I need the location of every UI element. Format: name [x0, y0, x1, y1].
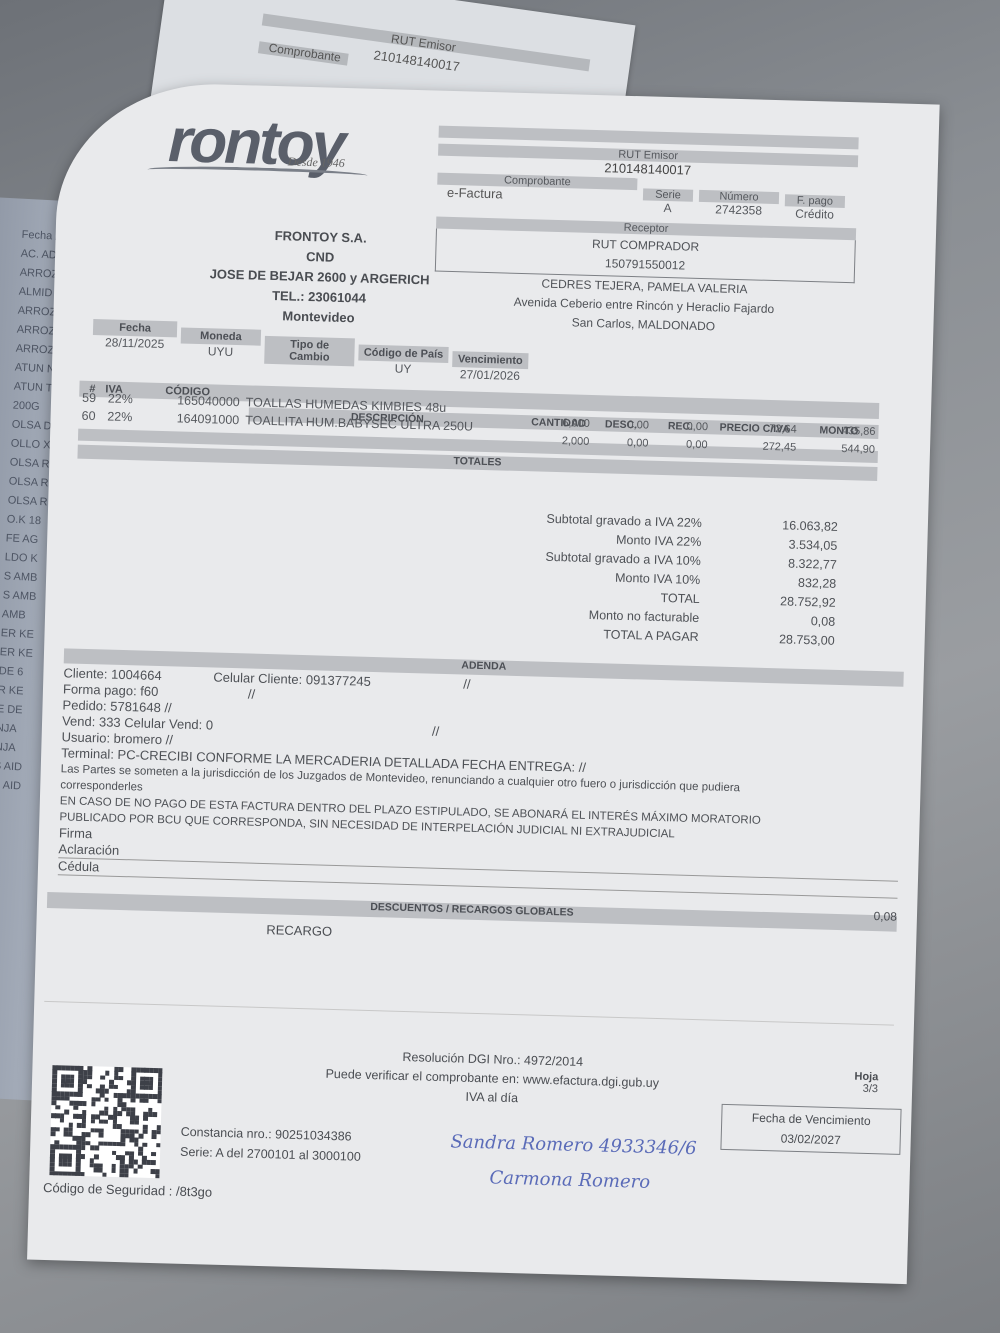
cell-iva: 22% [104, 409, 154, 424]
cell-desc: 0,00 [593, 418, 652, 432]
globales-title: DESCUENTOS / RECARGOS GLOBALES [47, 892, 897, 932]
handwritten-name: Carmona Romero [489, 1167, 650, 1192]
fpago-value: Crédito [784, 206, 844, 222]
serie-value: A [642, 200, 692, 215]
cell-codigo: 164091000 [153, 411, 242, 427]
emisor-block: FRONTOY S.A. CND JOSE DE BEJAR 2600 y AR… [203, 224, 436, 330]
totals-value: 28.753,00 [704, 630, 834, 653]
adenda-separator: // [248, 686, 256, 702]
invoice-sheet: rontoy Desde 1946 FRONTOY S.A. CND JOSE … [27, 80, 940, 1284]
cell-cantidad: 2,000 [527, 434, 592, 448]
hoja-label: Hoja [854, 1071, 878, 1084]
cell-num: 60 [78, 409, 104, 424]
cell-cantidad: 6,000 [528, 416, 593, 430]
logo-tagline: Desde 1946 [288, 154, 345, 171]
cell-num: 59 [79, 391, 105, 406]
comprobante-block: RUT Emisor 210148140017 Comprobante e-Fa… [437, 126, 859, 223]
fecha-value: 28/11/2025 [93, 335, 177, 351]
handwritten-signature: Sandra Romero 4933346/6 [450, 1131, 697, 1159]
cell-rec: 0,00 [651, 438, 710, 452]
totals-block: Subtotal gravado a IVA 22%16.063,82Monto… [474, 510, 838, 653]
globales-block: DESCUENTOS / RECARGOS GLOBALES 0,08 RECA… [44, 892, 897, 1026]
receptor-block: Receptor RUT COMPRADOR 150791550012 CEDR… [433, 217, 856, 341]
bg-comprobante-label: Comprobante [268, 41, 342, 65]
cell-precio: 272,45 [710, 439, 799, 453]
moneda-value: UYU [180, 343, 260, 359]
cell-desc: 0,00 [592, 436, 651, 450]
adenda-block: ADENDA Cliente: 1004664Celular Cliente: … [58, 648, 904, 898]
cell-iva: 22% [105, 391, 155, 406]
fecha-vencimiento-value: 03/02/2027 [723, 1127, 897, 1152]
hoja-block: Hoja 3/3 [854, 1071, 879, 1096]
cell-codigo: 165040000 [154, 393, 243, 409]
codigo-seguridad: Código de Seguridad : /8t3go [43, 1180, 212, 1200]
constancia-block: Constancia nro.: 90251034386 Serie: A de… [180, 1122, 362, 1167]
pais-value: UY [358, 360, 448, 377]
hoja-value: 3/3 [854, 1083, 878, 1096]
meta-row: Fecha 28/11/2025 Moneda UYU Tipo de Camb… [92, 319, 529, 383]
numero-value: 2742358 [698, 202, 778, 218]
items-table: # IVA CÓDIGO DESCRIPCIÓN CANTIDAD DESC. … [77, 381, 879, 481]
qr-code-icon [49, 1065, 162, 1178]
footer-center: Resolución DGI Nro.: 4972/2014 Puede ver… [332, 1046, 653, 1112]
fecha-vencimiento-box: Fecha de Vencimiento 03/02/2027 [720, 1104, 901, 1155]
serie-rango: Serie: A del 2700101 al 3000100 [180, 1142, 361, 1167]
adenda-separator: // [463, 676, 471, 692]
cell-precio: 72,64 [711, 421, 800, 435]
globales-value: 0,08 [873, 909, 897, 924]
adenda-separator: // [432, 724, 440, 740]
cell-monto: 435,86 [800, 424, 879, 438]
cell-monto: 544,90 [799, 442, 878, 456]
tipo-cambio-label: Tipo de Cambio [264, 336, 355, 367]
vencimiento-value: 27/01/2026 [452, 367, 528, 383]
cell-rec: 0,00 [652, 420, 711, 434]
